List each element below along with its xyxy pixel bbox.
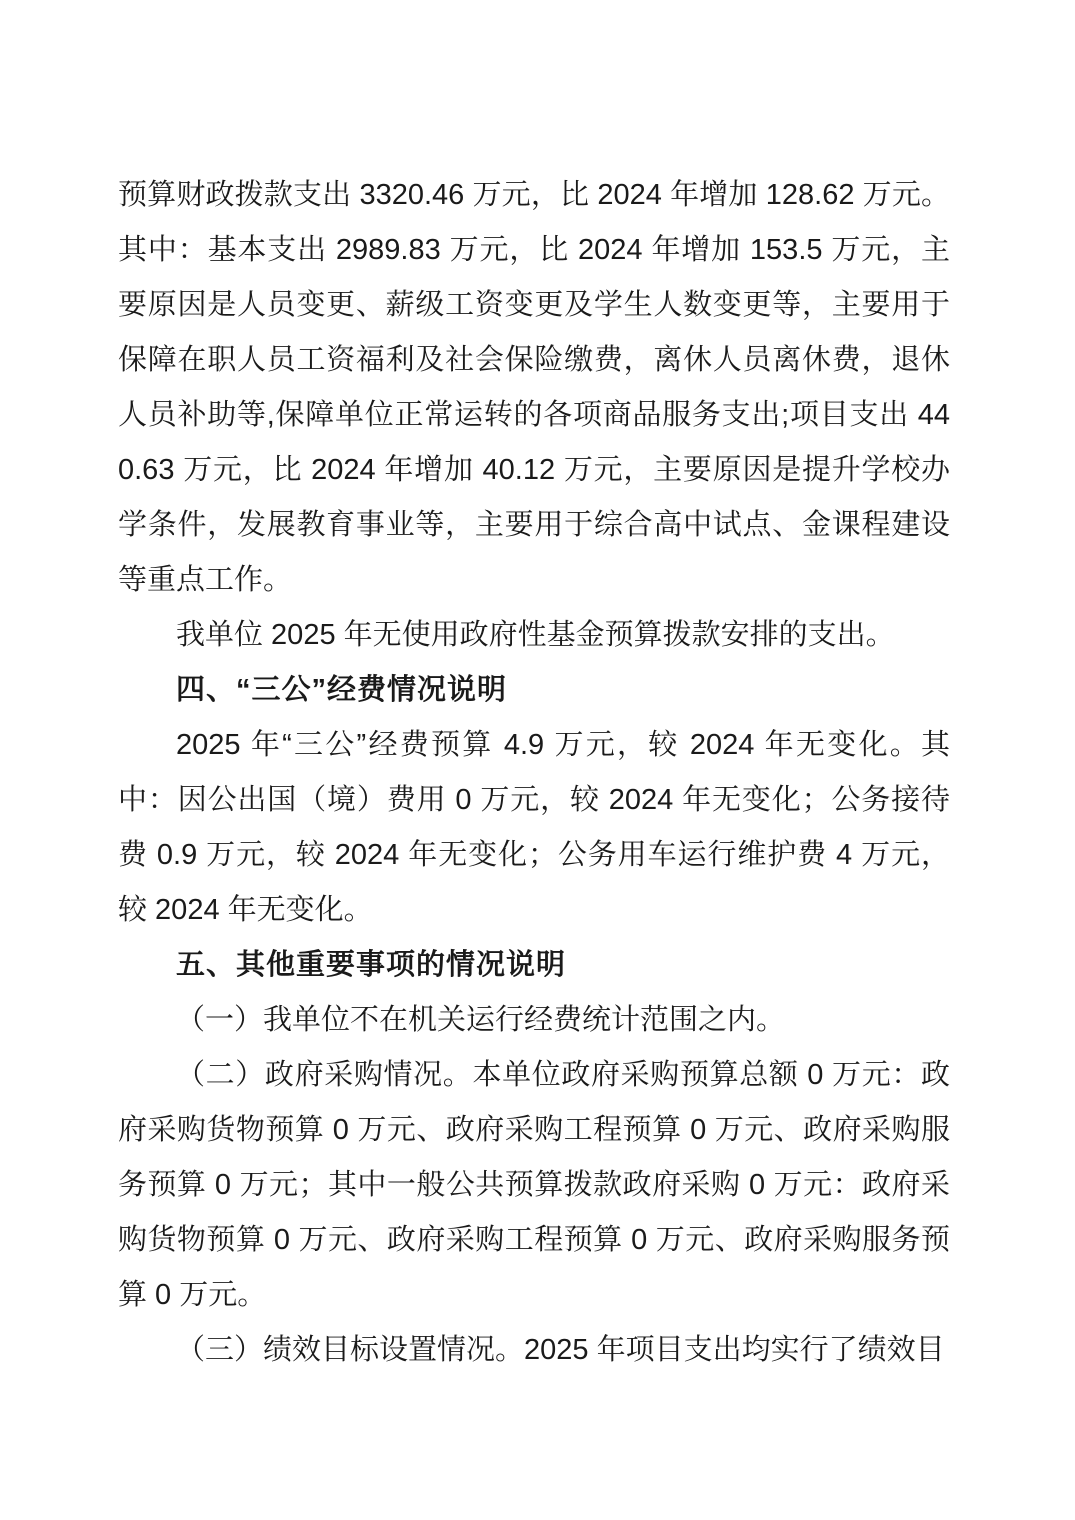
paragraph-item-one-operating-expense-scope: （一）我单位不在机关运行经费统计范围之内。 <box>118 993 950 1048</box>
document-text-block: 预算财政拨款支出 3320.46 万元，比 2024 年增加 128.62 万元… <box>118 168 950 1378</box>
paragraph-government-fund-statement: 我单位 2025 年无使用政府性基金预算拨款安排的支出。 <box>118 608 950 663</box>
paragraph-budget-expenditure-continuation: 预算财政拨款支出 3320.46 万元，比 2024 年增加 128.62 万元… <box>118 168 950 608</box>
document-page: 预算财政拨款支出 3320.46 万元，比 2024 年增加 128.62 万元… <box>0 0 1075 1520</box>
paragraph-item-three-performance-targets: （三）绩效目标设置情况。2025 年项目支出均实行了绩效目 <box>118 1323 950 1378</box>
paragraph-three-public-funds-detail: 2025 年“三公”经费预算 4.9 万元，较 2024 年无变化。其中：因公出… <box>118 718 950 938</box>
section-heading-five-other-important-matters: 五、其他重要事项的情况说明 <box>118 938 950 993</box>
section-heading-four-three-public-funds: 四、“三公”经费情况说明 <box>118 663 950 718</box>
paragraph-item-two-government-procurement: （二）政府采购情况。本单位政府采购预算总额 0 万元：政府采购货物预算 0 万元… <box>118 1048 950 1323</box>
